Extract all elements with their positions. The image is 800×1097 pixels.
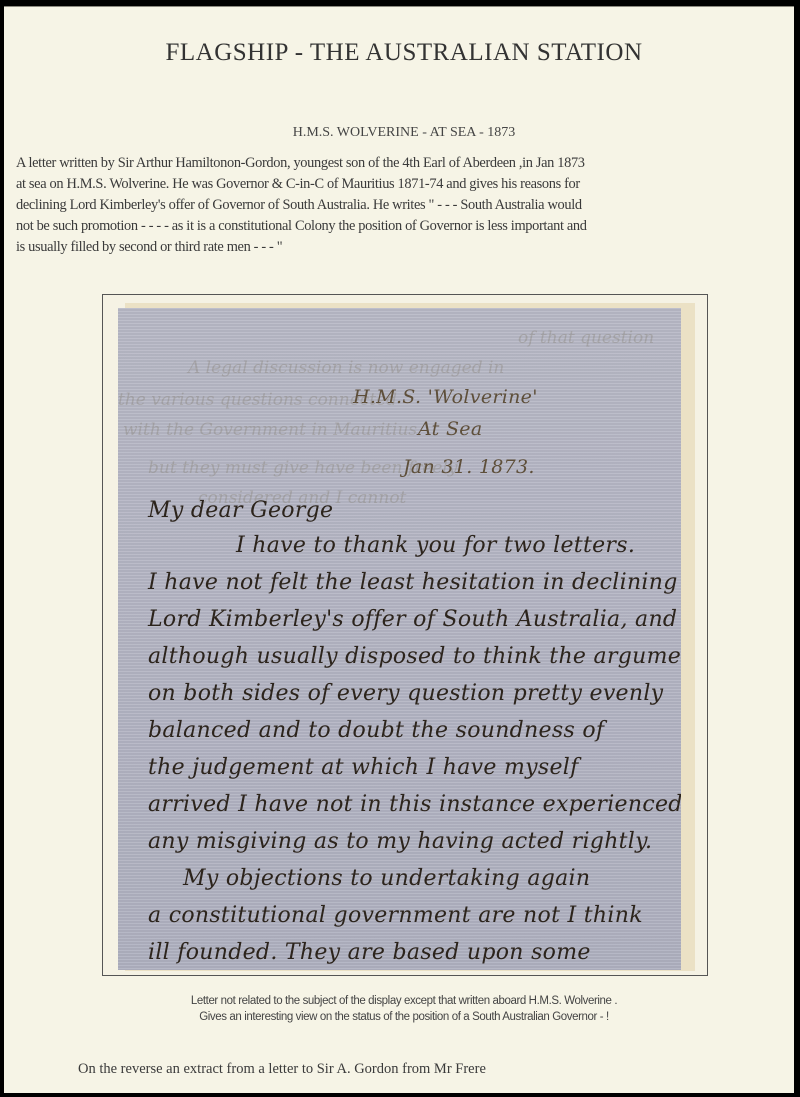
letter-heading-ship: H.M.S. 'Wolverine'	[353, 386, 538, 408]
show-through-text: of that question	[518, 328, 654, 348]
intro-paragraph: A letter written by Sir Arthur Hamiltono…	[16, 153, 796, 258]
letter-line: a constitutional government are not I th…	[148, 903, 643, 928]
letter-line: My objections to undertaking again	[183, 866, 590, 891]
letter-heading-place: At Sea	[418, 418, 482, 440]
show-through-text: with the Government in Mauritius	[123, 420, 417, 440]
letter-line: although usually disposed to think the a…	[148, 644, 681, 669]
intro-line: at sea on H.M.S. Wolverine. He was Gover…	[16, 174, 796, 195]
letter-caption: Letter not related to the subject of the…	[4, 993, 800, 1025]
letter-heading-date: Jan 31. 1873.	[403, 456, 535, 478]
show-through-text: A legal discussion is now engaged in	[188, 358, 504, 378]
letter-line: arrived I have not in this instance expe…	[148, 792, 681, 817]
letter-line: I have not felt the least hesitation in …	[148, 570, 678, 595]
letter-line: I have to thank you for two letters.	[236, 533, 635, 558]
letter-line: on both sides of every question pretty e…	[148, 681, 663, 706]
page-subtitle: H.M.S. WOLVERINE - AT SEA - 1873	[4, 125, 800, 141]
letter-line: Lord Kimberley's offer of South Australi…	[148, 607, 677, 632]
caption-line: Letter not related to the subject of the…	[4, 993, 800, 1009]
intro-line: declining Lord Kimberley's offer of Gove…	[16, 195, 796, 216]
album-page: FLAGSHIP - THE AUSTRALIAN STATION H.M.S.…	[4, 6, 794, 1093]
letter-line: any misgiving as to my having acted righ…	[148, 829, 652, 854]
letter-line: balanced and to doubt the soundness of	[148, 718, 604, 743]
intro-line: not be such promotion - - - - as it is a…	[16, 216, 796, 237]
letter-mount-frame: of that question A legal discussion is n…	[102, 294, 708, 976]
letter-salutation: My dear George	[148, 498, 333, 523]
intro-line: is usually filled by second or third rat…	[16, 237, 796, 258]
letter-line: the judgement at which I have myself	[148, 755, 579, 780]
handwritten-letter: of that question A legal discussion is n…	[118, 308, 681, 970]
reverse-note: On the reverse an extract from a letter …	[78, 1061, 486, 1078]
page-title: FLAGSHIP - THE AUSTRALIAN STATION	[4, 39, 800, 67]
intro-line: A letter written by Sir Arthur Hamiltono…	[16, 153, 796, 174]
caption-line: Gives an interesting view on the status …	[4, 1009, 800, 1025]
letter-line: ill founded. They are based upon some	[148, 940, 591, 965]
